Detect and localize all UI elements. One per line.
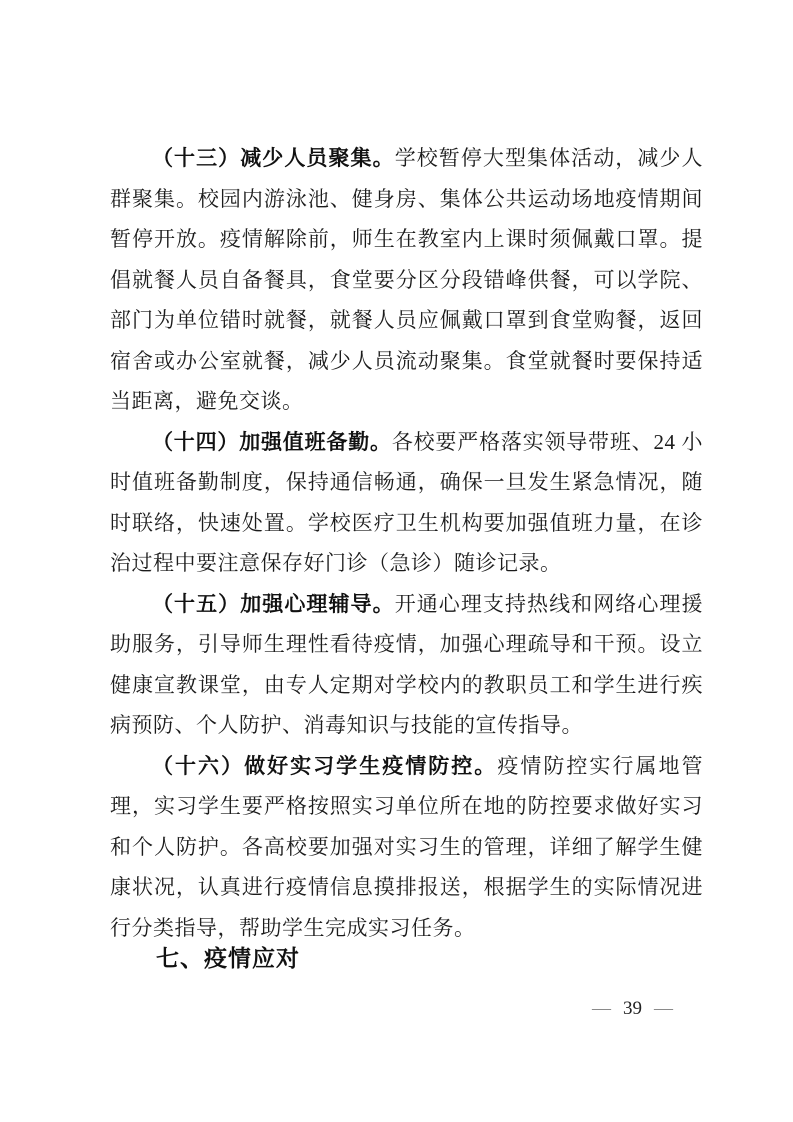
- footer-dash-left: —: [592, 998, 611, 1019]
- document-body: （十三）减少人员聚集。学校暂停大型集体活动，减少人群聚集。校园内游泳池、健身房、…: [110, 138, 703, 979]
- paragraph-16-text: 疫情防控实行属地管理，实习学生要严格按照实习单位所在地的防控要求做好实习和个人防…: [110, 754, 703, 940]
- paragraph-13-text: 学校暂停大型集体活动，减少人群聚集。校园内游泳池、健身房、集体公共运动场地疫情期…: [110, 146, 703, 413]
- paragraph-14-lead: （十四）加强值班备勤。: [152, 430, 392, 454]
- paragraph-13: （十三）减少人员聚集。学校暂停大型集体活动，减少人群聚集。校园内游泳池、健身房、…: [110, 138, 703, 422]
- paragraph-16: （十六）做好实习学生疫情防控。疫情防控实行属地管理，实习学生要严格按照实习单位所…: [110, 746, 703, 949]
- footer-dash-right: —: [654, 998, 673, 1019]
- document-page: （十三）减少人员聚集。学校暂停大型集体活动，减少人群聚集。校园内游泳池、健身房、…: [0, 0, 793, 1122]
- paragraph-13-lead: （十三）减少人员聚集。: [152, 146, 395, 170]
- page-number: 39: [623, 998, 642, 1019]
- paragraph-16-lead: （十六）做好实习学生疫情防控。: [152, 754, 497, 778]
- paragraph-15: （十五）加强心理辅导。开通心理支持热线和网络心理援助服务，引导师生理性看待疫情，…: [110, 584, 703, 746]
- paragraph-14: （十四）加强值班备勤。各校要严格落实领导带班、24 小时值班备勤制度，保持通信畅…: [110, 422, 703, 584]
- paragraph-15-lead: （十五）加强心理辅导。: [152, 592, 395, 616]
- page-footer: —39—: [0, 998, 673, 1020]
